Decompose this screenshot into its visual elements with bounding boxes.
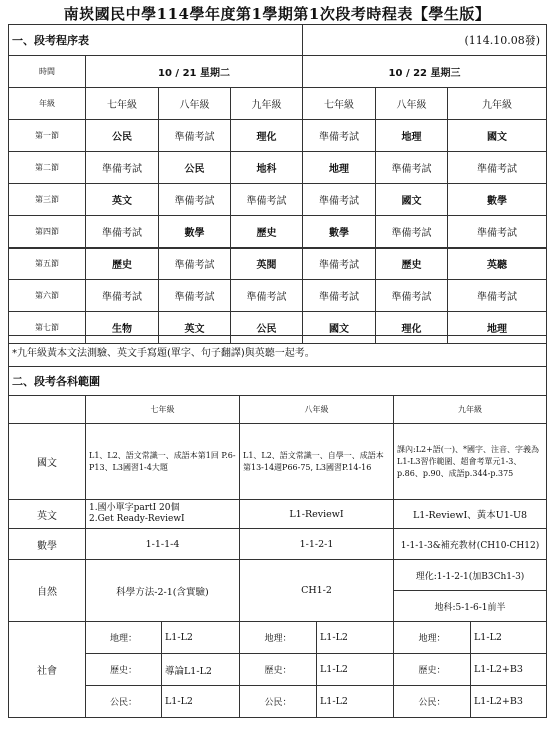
- schedule-cell: 準備考試: [86, 216, 159, 248]
- schedule-cell: 準備考試: [159, 280, 231, 312]
- scope-cell: 1-1-2-1: [240, 529, 394, 560]
- scope-cell: CH1-2: [240, 560, 394, 622]
- scope-cell: L1-L2: [317, 686, 394, 718]
- schedule-cell: 公民: [159, 152, 231, 184]
- grade-header: 八年級: [376, 88, 448, 120]
- grade-label: 年級: [9, 88, 86, 120]
- grade-header: 七年級: [303, 88, 376, 120]
- day-header-1022: 10 / 22 星期三: [303, 56, 547, 88]
- period-row: 第三節 英文 準備考試 準備考試 準備考試 國文 數學: [9, 184, 547, 216]
- scope-cell: 理化:1-1-2-1(加B3Ch1-3): [394, 560, 547, 591]
- scope-line: 2.Get Ready-ReviewI: [89, 514, 236, 525]
- subject-label: 英文: [9, 500, 86, 529]
- schedule-cell: 國文: [448, 120, 547, 152]
- social-subject-label: 公民：: [394, 686, 471, 718]
- scope-cell: L1-L2: [317, 654, 394, 686]
- period-row: 第六節 準備考試 準備考試 準備考試 準備考試 準備考試 準備考試: [9, 280, 547, 312]
- scope-cell: 1-1-1-3&補充教材(CH10-CH12): [394, 529, 547, 560]
- scope-cell: 導論L1-L2: [162, 654, 240, 686]
- subject-label: 數學: [9, 529, 86, 560]
- grade-header: 七年級: [86, 88, 159, 120]
- scope-line: 1.國小單字partI 20個: [89, 503, 236, 514]
- period-label: 第二節: [9, 152, 86, 184]
- schedule-cell: 準備考試: [376, 280, 448, 312]
- schedule-cell: 準備考試: [376, 152, 448, 184]
- scope-cell: L1、L2、語文常識一、自學一、成語本第13-14週P66-75, L3國習P.…: [240, 424, 394, 500]
- schedule-cell: 英閱: [231, 248, 303, 280]
- subject-label: 社會: [9, 622, 86, 718]
- schedule-cell: 準備考試: [303, 280, 376, 312]
- schedule-cell: 歷史: [231, 216, 303, 248]
- scope-cell: L1-L2: [317, 622, 394, 654]
- scope-cell: L1-L2: [162, 622, 240, 654]
- scope-cell: 課內:L2+語(一)、*國字、注音、字義為L1-L3習作範圍、超會考單元1-3、…: [394, 424, 547, 500]
- schedule-cell: 英聽: [448, 248, 547, 280]
- scope-cell: 1.國小單字partI 20個 2.Get Ready-ReviewI: [86, 500, 240, 529]
- period-label: 第四節: [9, 216, 86, 248]
- section1-heading: 一、段考程序表: [9, 25, 303, 56]
- period-row: 第五節 歷史 準備考試 英閱 準備考試 歷史 英聽: [9, 248, 547, 280]
- scope-cell: L1-ReviewI: [240, 500, 394, 529]
- schedule-cell: 準備考試: [159, 120, 231, 152]
- social-subject-label: 歷史：: [394, 654, 471, 686]
- subject-label: 自然: [9, 560, 86, 622]
- schedule-cell: 準備考試: [376, 216, 448, 248]
- social-subject-label: 公民：: [86, 686, 162, 718]
- schedule-cell: 準備考試: [448, 152, 547, 184]
- schedule-cell: 國文: [376, 184, 448, 216]
- schedule-cell: 準備考試: [159, 248, 231, 280]
- scope-grade-header: 七年級: [86, 396, 240, 424]
- scope-grade-header: 九年級: [394, 396, 547, 424]
- scope-row-chinese: 國文 L1、L2、語文常識一、成語本第1回 P.6-P13、L3國習1-4大題 …: [9, 424, 547, 500]
- exam-schedule-table: 一、段考程序表 (114.10.08發) 時間 10 / 21 星期二 10 /…: [8, 24, 547, 344]
- schedule-cell: 準備考試: [231, 184, 303, 216]
- period-label: 第三節: [9, 184, 86, 216]
- scope-row-english: 英文 1.國小單字partI 20個 2.Get Ready-ReviewI L…: [9, 500, 547, 529]
- schedule-cell: 地理: [376, 120, 448, 152]
- schedule-cell: 數學: [159, 216, 231, 248]
- scope-cell: 1-1-1-4: [86, 529, 240, 560]
- period-label: 第一節: [9, 120, 86, 152]
- period-row: 第二節 準備考試 公民 地科 地理 準備考試 準備考試: [9, 152, 547, 184]
- social-subject-label: 地理：: [240, 622, 317, 654]
- period-label: 第五節: [9, 248, 86, 280]
- social-subject-label: 歷史：: [86, 654, 162, 686]
- scope-cell: L1-L2: [162, 686, 240, 718]
- period-row: 第一節 公民 準備考試 理化 準備考試 地理 國文: [9, 120, 547, 152]
- scope-cell: L1-L2: [471, 622, 547, 654]
- period-row: 第四節 準備考試 數學 歷史 數學 準備考試 準備考試: [9, 216, 547, 248]
- schedule-cell: 準備考試: [86, 280, 159, 312]
- schedule-cell: 公民: [86, 120, 159, 152]
- schedule-cell: 地理: [303, 152, 376, 184]
- scope-row-science: 自然 科學方法-2-1(含實驗) CH1-2 理化:1-1-2-1(加B3Ch1…: [9, 560, 547, 591]
- day-header-1021: 10 / 21 星期二: [86, 56, 303, 88]
- grade-header: 八年級: [159, 88, 231, 120]
- scope-cell: 科學方法-2-1(含實驗): [86, 560, 240, 622]
- section2-heading: 二、段考各科範圍: [9, 367, 547, 396]
- exam-note: *九年級黃本文法測驗、英文手寫題(單字、句子翻譯)與英聽一起考。: [9, 336, 547, 367]
- scope-cell: 地科:5-1-6-1前半: [394, 591, 547, 622]
- schedule-cell: 理化: [231, 120, 303, 152]
- exam-scope-table: *九年級黃本文法測驗、英文手寫題(單字、句子翻譯)與英聽一起考。 二、段考各科範…: [8, 335, 547, 718]
- scope-cell: L1-L2+B3: [471, 654, 547, 686]
- schedule-cell: 準備考試: [303, 120, 376, 152]
- schedule-cell: 準備考試: [86, 152, 159, 184]
- social-subject-label: 歷史：: [240, 654, 317, 686]
- grade-header: 九年級: [448, 88, 547, 120]
- scope-cell: L1-L2+B3: [471, 686, 547, 718]
- issued-date: (114.10.08發): [303, 25, 547, 56]
- scope-grade-header: 八年級: [240, 396, 394, 424]
- scope-cell: L1-ReviewI、黃本U1-U8: [394, 500, 547, 529]
- schedule-cell: 數學: [448, 184, 547, 216]
- grade-header: 九年級: [231, 88, 303, 120]
- schedule-cell: 準備考試: [448, 216, 547, 248]
- schedule-cell: 準備考試: [303, 184, 376, 216]
- schedule-cell: 英文: [86, 184, 159, 216]
- blank-corner: [9, 396, 86, 424]
- subject-label: 國文: [9, 424, 86, 500]
- period-label: 第六節: [9, 280, 86, 312]
- schedule-cell: 準備考試: [448, 280, 547, 312]
- schedule-cell: 歷史: [376, 248, 448, 280]
- social-subject-label: 公民：: [240, 686, 317, 718]
- scope-cell: L1、L2、語文常識一、成語本第1回 P.6-P13、L3國習1-4大題: [86, 424, 240, 500]
- page-title: 南崁國民中學114學年度第1學期第1次段考時程表【學生版】: [0, 3, 554, 24]
- social-subject-label: 地理：: [86, 622, 162, 654]
- schedule-cell: 地科: [231, 152, 303, 184]
- scope-row-math: 數學 1-1-1-4 1-1-2-1 1-1-1-3&補充教材(CH10-CH1…: [9, 529, 547, 560]
- schedule-cell: 準備考試: [159, 184, 231, 216]
- schedule-cell: 歷史: [86, 248, 159, 280]
- social-subject-label: 地理：: [394, 622, 471, 654]
- schedule-cell: 準備考試: [231, 280, 303, 312]
- schedule-cell: 數學: [303, 216, 376, 248]
- scope-row-social: 社會 地理： L1-L2 地理： L1-L2 地理： L1-L2: [9, 622, 547, 654]
- schedule-cell: 準備考試: [303, 248, 376, 280]
- time-label: 時間: [9, 56, 86, 88]
